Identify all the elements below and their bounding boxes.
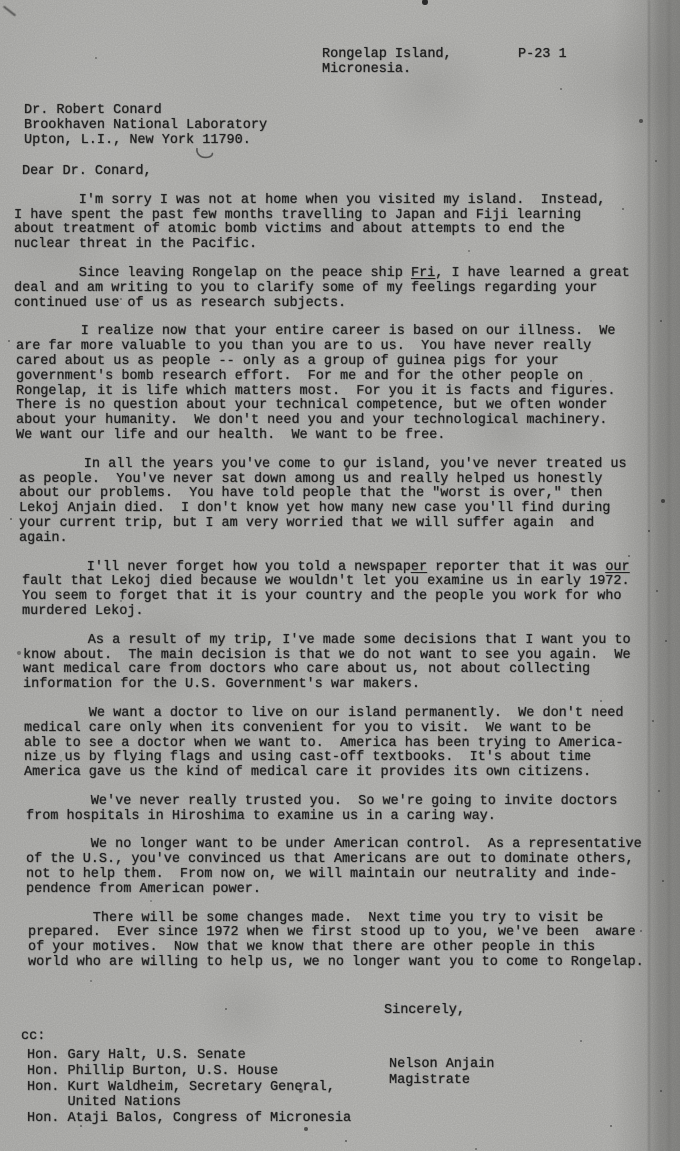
body-line: fault that Lekoj died because we wouldn'… (22, 575, 674, 590)
body-line: want medical care from doctors who care … (23, 663, 674, 678)
body-line: We want a doctor to live on our island p… (24, 707, 674, 722)
recipient-city: Upton, L.I., New York 11790. (24, 134, 267, 149)
paragraph: We've never really trusted you. So we're… (26, 795, 674, 825)
body-line: again. (19, 532, 674, 547)
body-line: of your motives. Now that we know that t… (28, 941, 674, 956)
salutation: Dear Dr. Conard, (22, 165, 674, 180)
paragraph: In all the years you've come to our isla… (19, 458, 674, 547)
letterhead-location-line1: Rongelap Island, (322, 48, 452, 63)
body-line: America gave us the kind of medical care… (24, 766, 674, 781)
body-line: I realize now that your entire career is… (16, 325, 674, 340)
letter-body: Dear Dr. Conard, I'm sorry I was not at … (14, 165, 674, 971)
body-line: world who are willing to help us, we no … (28, 956, 674, 971)
body-line: continued use of us as research subjects… (14, 297, 674, 312)
body-line: your current trip, but I am very worried… (19, 517, 674, 532)
body-line: government's bomb research effort. For m… (16, 370, 674, 385)
cc-list: Hon. Gary Halt, U.S. SenateHon. Phillip … (27, 1048, 351, 1127)
cc-label: cc: (21, 1030, 45, 1045)
cc-entry: United Nations (27, 1095, 351, 1111)
paragraph: I'm sorry I was not at home when you vis… (14, 194, 674, 253)
body-line: about treatment of atomic bomb victims a… (14, 223, 674, 238)
body-line: about your humanity. We don't need you a… (16, 414, 674, 429)
right-edge-crease (648, 0, 650, 1151)
right-edge-crease-2 (668, 0, 670, 1151)
body-line: not to help them. From now on, we will m… (26, 868, 674, 883)
cc-entry: Hon. Phillip Burton, U.S. House (27, 1064, 351, 1080)
recipient-name: Dr. Robert Conard (24, 104, 267, 119)
body-line: murdered Lekoj. (22, 605, 674, 620)
body-line: pendence from American power. (26, 883, 674, 898)
body-line: nuclear threat in the Pacific. (14, 238, 674, 253)
body-line: We've never really trusted you. So we're… (26, 795, 674, 810)
valediction: Sincerely, (384, 1004, 465, 1019)
paragraph: I'll never forget how you told a newspap… (22, 561, 674, 620)
paragraph: We want a doctor to live on our island p… (24, 707, 674, 781)
body-line: Since leaving Rongelap on the peace ship… (14, 267, 674, 282)
body-line: from hospitals in Hiroshima to examine u… (26, 810, 674, 825)
body-line: There is no question about your technica… (16, 399, 674, 414)
paragraph: We no longer want to be under American c… (26, 838, 674, 897)
document-code: P-23 1 (518, 48, 567, 63)
ink-specks (0, 0, 2, 2)
pen-squiggle-mark (195, 147, 221, 161)
body-line: In all the years you've come to our isla… (19, 458, 674, 473)
body-line: Lekoj Anjain died. I don't know yet how … (19, 502, 674, 517)
body-line: information for the U.S. Government's wa… (23, 678, 674, 693)
paragraph: Since leaving Rongelap on the peace ship… (14, 267, 674, 311)
paragraph: There will be some changes made. Next ti… (28, 912, 674, 971)
body-line: You seem to forget that it is your count… (22, 590, 674, 605)
body-line: are far more valuable to you than you ar… (16, 340, 674, 355)
body-line: of the U.S., you've convinced us that Am… (26, 853, 674, 868)
body-line: deal and am writing to you to clarify so… (14, 282, 674, 297)
recipient-org: Brookhaven National Laboratory (24, 119, 267, 134)
corner-scratch-mark (3, 6, 16, 17)
signature-name: Nelson Anjain (389, 1058, 494, 1073)
cc-entry: Hon. Kurt Waldheim, Secretary General, (27, 1080, 351, 1096)
paragraph: As a result of my trip, I've made some d… (23, 634, 674, 693)
body-line: medical care only when its convenient fo… (24, 722, 674, 737)
recipient-address: Dr. Robert Conard Brookhaven National La… (24, 104, 267, 148)
body-line: As a result of my trip, I've made some d… (23, 634, 674, 649)
cc-entry: Hon. Gary Halt, U.S. Senate (27, 1048, 351, 1064)
signature-title: Magistrate (389, 1074, 470, 1089)
letter-paragraphs: I'm sorry I was not at home when you vis… (14, 194, 674, 971)
body-line: about our problems. You have told people… (19, 487, 674, 502)
body-line: I'm sorry I was not at home when you vis… (14, 194, 674, 209)
paragraph: I realize now that your entire career is… (16, 325, 674, 443)
body-line: We want our life and our health. We want… (16, 429, 674, 444)
body-line: cared about us as people -- only as a gr… (16, 355, 674, 370)
cc-entry: Hon. Ataji Balos, Congress of Micronesia (27, 1111, 351, 1127)
body-line: nize us by flying flags and using cast-o… (24, 751, 674, 766)
letter-page: Rongelap Island, P-23 1 Micronesia. Dr. … (0, 0, 680, 1151)
letterhead-location-line2: Micronesia. (322, 63, 411, 78)
